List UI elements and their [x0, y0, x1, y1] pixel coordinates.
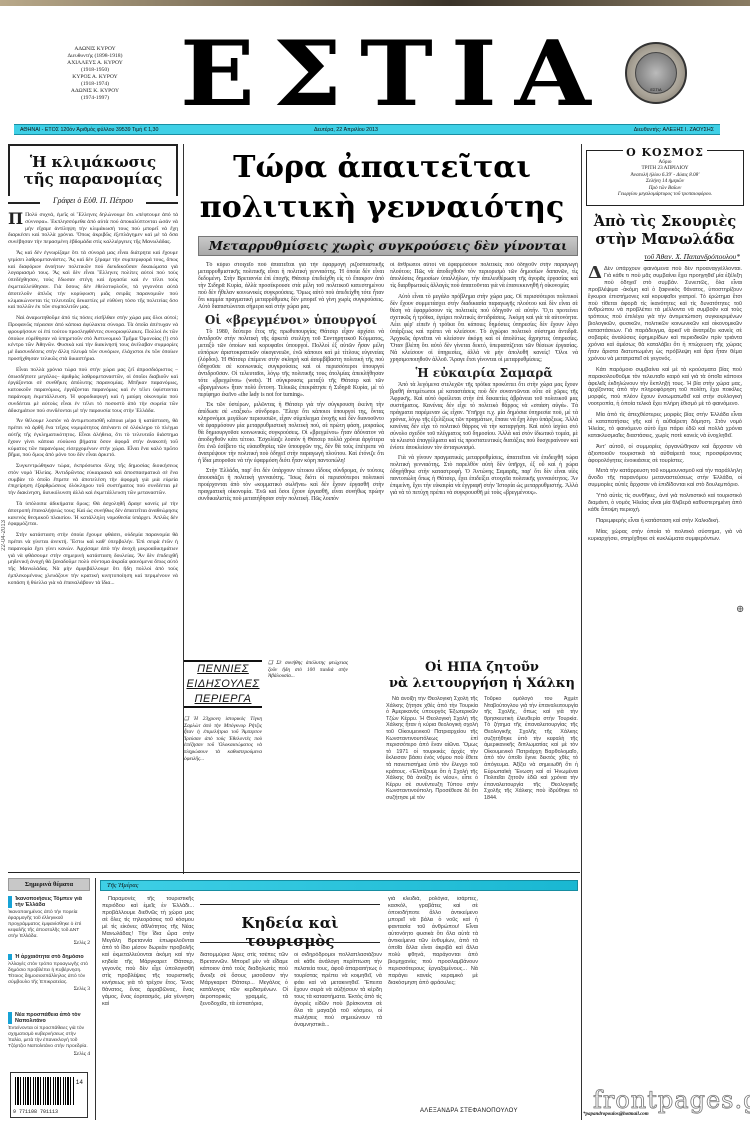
topic-page-ref: Σελὶς 3 — [8, 986, 90, 992]
right-article-headline: Ἀπὸ τὶς Σκουριὲς στὴν Μανωλάδα — [590, 213, 740, 249]
founder-name: ΑΔΩΝΙΣ Κ. ΚΥΡΟΥ — [30, 88, 160, 95]
column-divider — [95, 878, 96, 1120]
lead-subhead-wets: Οἱ «βρεγμένοι» ὑπουργοί — [198, 317, 384, 324]
issue-number: ΑΘΗΝΑΙ - ΕΤΟΣ 120όν Ἀριθμὸς φύλλου 39539… — [20, 125, 158, 135]
lead-subhead-samaras: Ἡ εὐκαιρία Σαμαρᾶ — [390, 370, 578, 377]
topic-item[interactable]: Ἡ ἀρχαιότητα στὸ δημόσιο Ἀλλαγές στὸν τρ… — [8, 954, 90, 992]
weather-almanac-box: Ο ΚΟΣΜΟΣ Αὔριο ΤΡΙΤΗ 23 ΑΠΡΙΛΙΟΥ Ἀνατολὴ… — [586, 150, 744, 206]
margin-date-stamp: 22-04-2013 — [1, 520, 7, 551]
lead-headline: Τώρα ἀπαιτεῖται πολιτικὴ γενναιότης — [186, 148, 578, 228]
usa-story-col-1: Νὰ ἀνοίξη τὴν Θεολογικὴ Σχολὴ τῆς Χάλκης… — [386, 696, 478, 868]
issue-info-bar: ΑΘΗΝΑΙ - ΕΤΟΣ 120όν Ἀριθμὸς φύλλου 39539… — [14, 124, 720, 135]
founder-name: ΑΧΙΛΛΕΥΣ Α. ΚΥΡΟΥ — [30, 60, 160, 67]
title-rule — [200, 942, 380, 943]
todays-topics-header: Σημερινὰ θέματα — [8, 878, 90, 891]
founder-role: (1918-1950) — [30, 67, 160, 74]
founders-list: ΑΔΩΝΙΣ ΚΥΡΟΥ Διευθυντής (1898-1918) ΑΧΙΛ… — [30, 46, 160, 102]
left-article-title: Ἡ κλιμάκωσις — [30, 153, 156, 171]
right-article-body: ΔΔὲν ὑπάρχουν φαινόμενα ποὺ δὲν προαναγγ… — [588, 266, 742, 1106]
section-divider — [8, 872, 580, 873]
left-article-byline: Γράφει ὁ Εὐθ. Π. Πέτρου — [8, 196, 178, 208]
founder-role: (1974-1997) — [30, 95, 160, 102]
column-divider — [581, 144, 582, 1120]
barcode-icon: 14 9 771108 701113 — [10, 1072, 88, 1118]
usa-story-col-2: Τοῦρκο ὁμόλογό του Ἀχμὲτ Νταβούτογλου γι… — [484, 696, 578, 868]
briefs-heading: ΠΕΝΝΙΕΣ ΕΙΔΗΣΟΥΛΕΣ ΠΕΡΙΕΡΓΑ — [184, 660, 262, 708]
editorial-section-bar: Τῆς Ἡμέρας — [100, 880, 578, 891]
editor-name: Διευθυντής: ΑΛΕΞΗΣ Ι. ΖΑΟΥΣΗΣ — [634, 125, 714, 135]
lead-column-2: οἱ ἄνθρωποι αὐτοὶ νὰ ἐφαρμόσουν πολιτικὲ… — [390, 262, 578, 658]
founder-name: ΑΔΩΝΙΣ ΚΥΡΟΥ — [30, 46, 160, 53]
briefs-item-2: ❑ Σὲ συνήθης ἀπόλυτης φτώχειας ζοῦν ἤδη … — [268, 660, 348, 870]
almanac-title: Ο ΚΟΣΜΟΣ — [623, 146, 707, 159]
lead-column-1: Τὸ κύριο στοιχεῖο ποὺ ἀπαιτεῖται γιὰ τὴν… — [198, 262, 384, 658]
lead-subheadline: Μεταρρυθμίσεις χωρὶς συγκρούσεις δὲν γίν… — [198, 236, 578, 256]
masthead-logo: ΕΣΤΙΑ — [180, 36, 580, 113]
founder-role: Διευθυντής (1898-1918) — [30, 53, 160, 60]
left-article-body: ΠΠολύ συχνά, ἐμεῖς οἱ Ἕλληνες δηλώνουμε … — [8, 212, 178, 876]
editorial-col-3: οἱ σιδηρόδρομοι πολλαπλασιάζουν σὲ κάθε … — [294, 952, 382, 1120]
bullet-icon: ❑ — [268, 660, 276, 666]
issue-date: Δευτέρα, 22 Ἀπριλίου 2013 — [314, 125, 378, 135]
topic-page-ref: Σελὶς 4 — [8, 1051, 90, 1057]
topic-item[interactable]: Νέα προσπάθεια ἀπὸ τὸν Ναπολιτάνο Ἐντείν… — [8, 1012, 90, 1057]
briefs-item-1: ❑ Ἡ 23χρονη ἱστορικὸς Τίγκη Σαρλὼτ ἀπὸ τ… — [184, 716, 262, 868]
founder-name: ΚΥΡΟΣ Α. ΚΥΡΟΥ — [30, 74, 160, 81]
topic-item[interactable]: Ἱκανοποιήσεις Τόμπεν γιὰ τὴν Ἑλλάδα Ἱκαν… — [8, 896, 90, 946]
founder-role: (1918-1974) — [30, 81, 160, 88]
title-rule — [200, 904, 380, 905]
left-article-title-box: Ἡ κλιμάκωσιςτῆς παρανομίας — [8, 144, 178, 196]
bullet-icon: ❑ — [184, 716, 194, 722]
registration-mark-icon: ⊕ — [736, 604, 744, 615]
editorial-author: ΑΛΕΞΑΝΔΡΑ ΣΤΕΦΑΝΟΠΟΥΛΟΥ — [420, 1108, 518, 1114]
top-edge-strip — [0, 0, 750, 6]
usa-halki-headline: Οἱ ΗΠΑ ζητοῦν νὰ λειτουργήση ἡ Χάλκη — [384, 660, 580, 692]
watermark: frontpages.gr — [593, 1086, 750, 1114]
topic-page-ref: Σελὶς 2 — [8, 940, 90, 946]
right-article-byline: τοῦ Ἀθαν. Χ. Παπανδρόπουλου* — [590, 252, 740, 261]
editorial-col-4: γιὰ κλειδιά, ρολόγια, ἰσάρπες, κασκόλ, γ… — [388, 896, 478, 1102]
editorial-col-2: διατομμύρια λίρες στὶς τσέπες τῶν Βρεταν… — [200, 952, 288, 1120]
editorial-headline: Κηδεία καὶ τουρισμὸς — [200, 914, 380, 950]
editorial-col-1: Παραμονὲς τῆς τουριστικῆς περιόδου καὶ ἐ… — [102, 896, 194, 1120]
seal-emblem-icon: ΕΣΤΙΑ — [625, 42, 687, 104]
